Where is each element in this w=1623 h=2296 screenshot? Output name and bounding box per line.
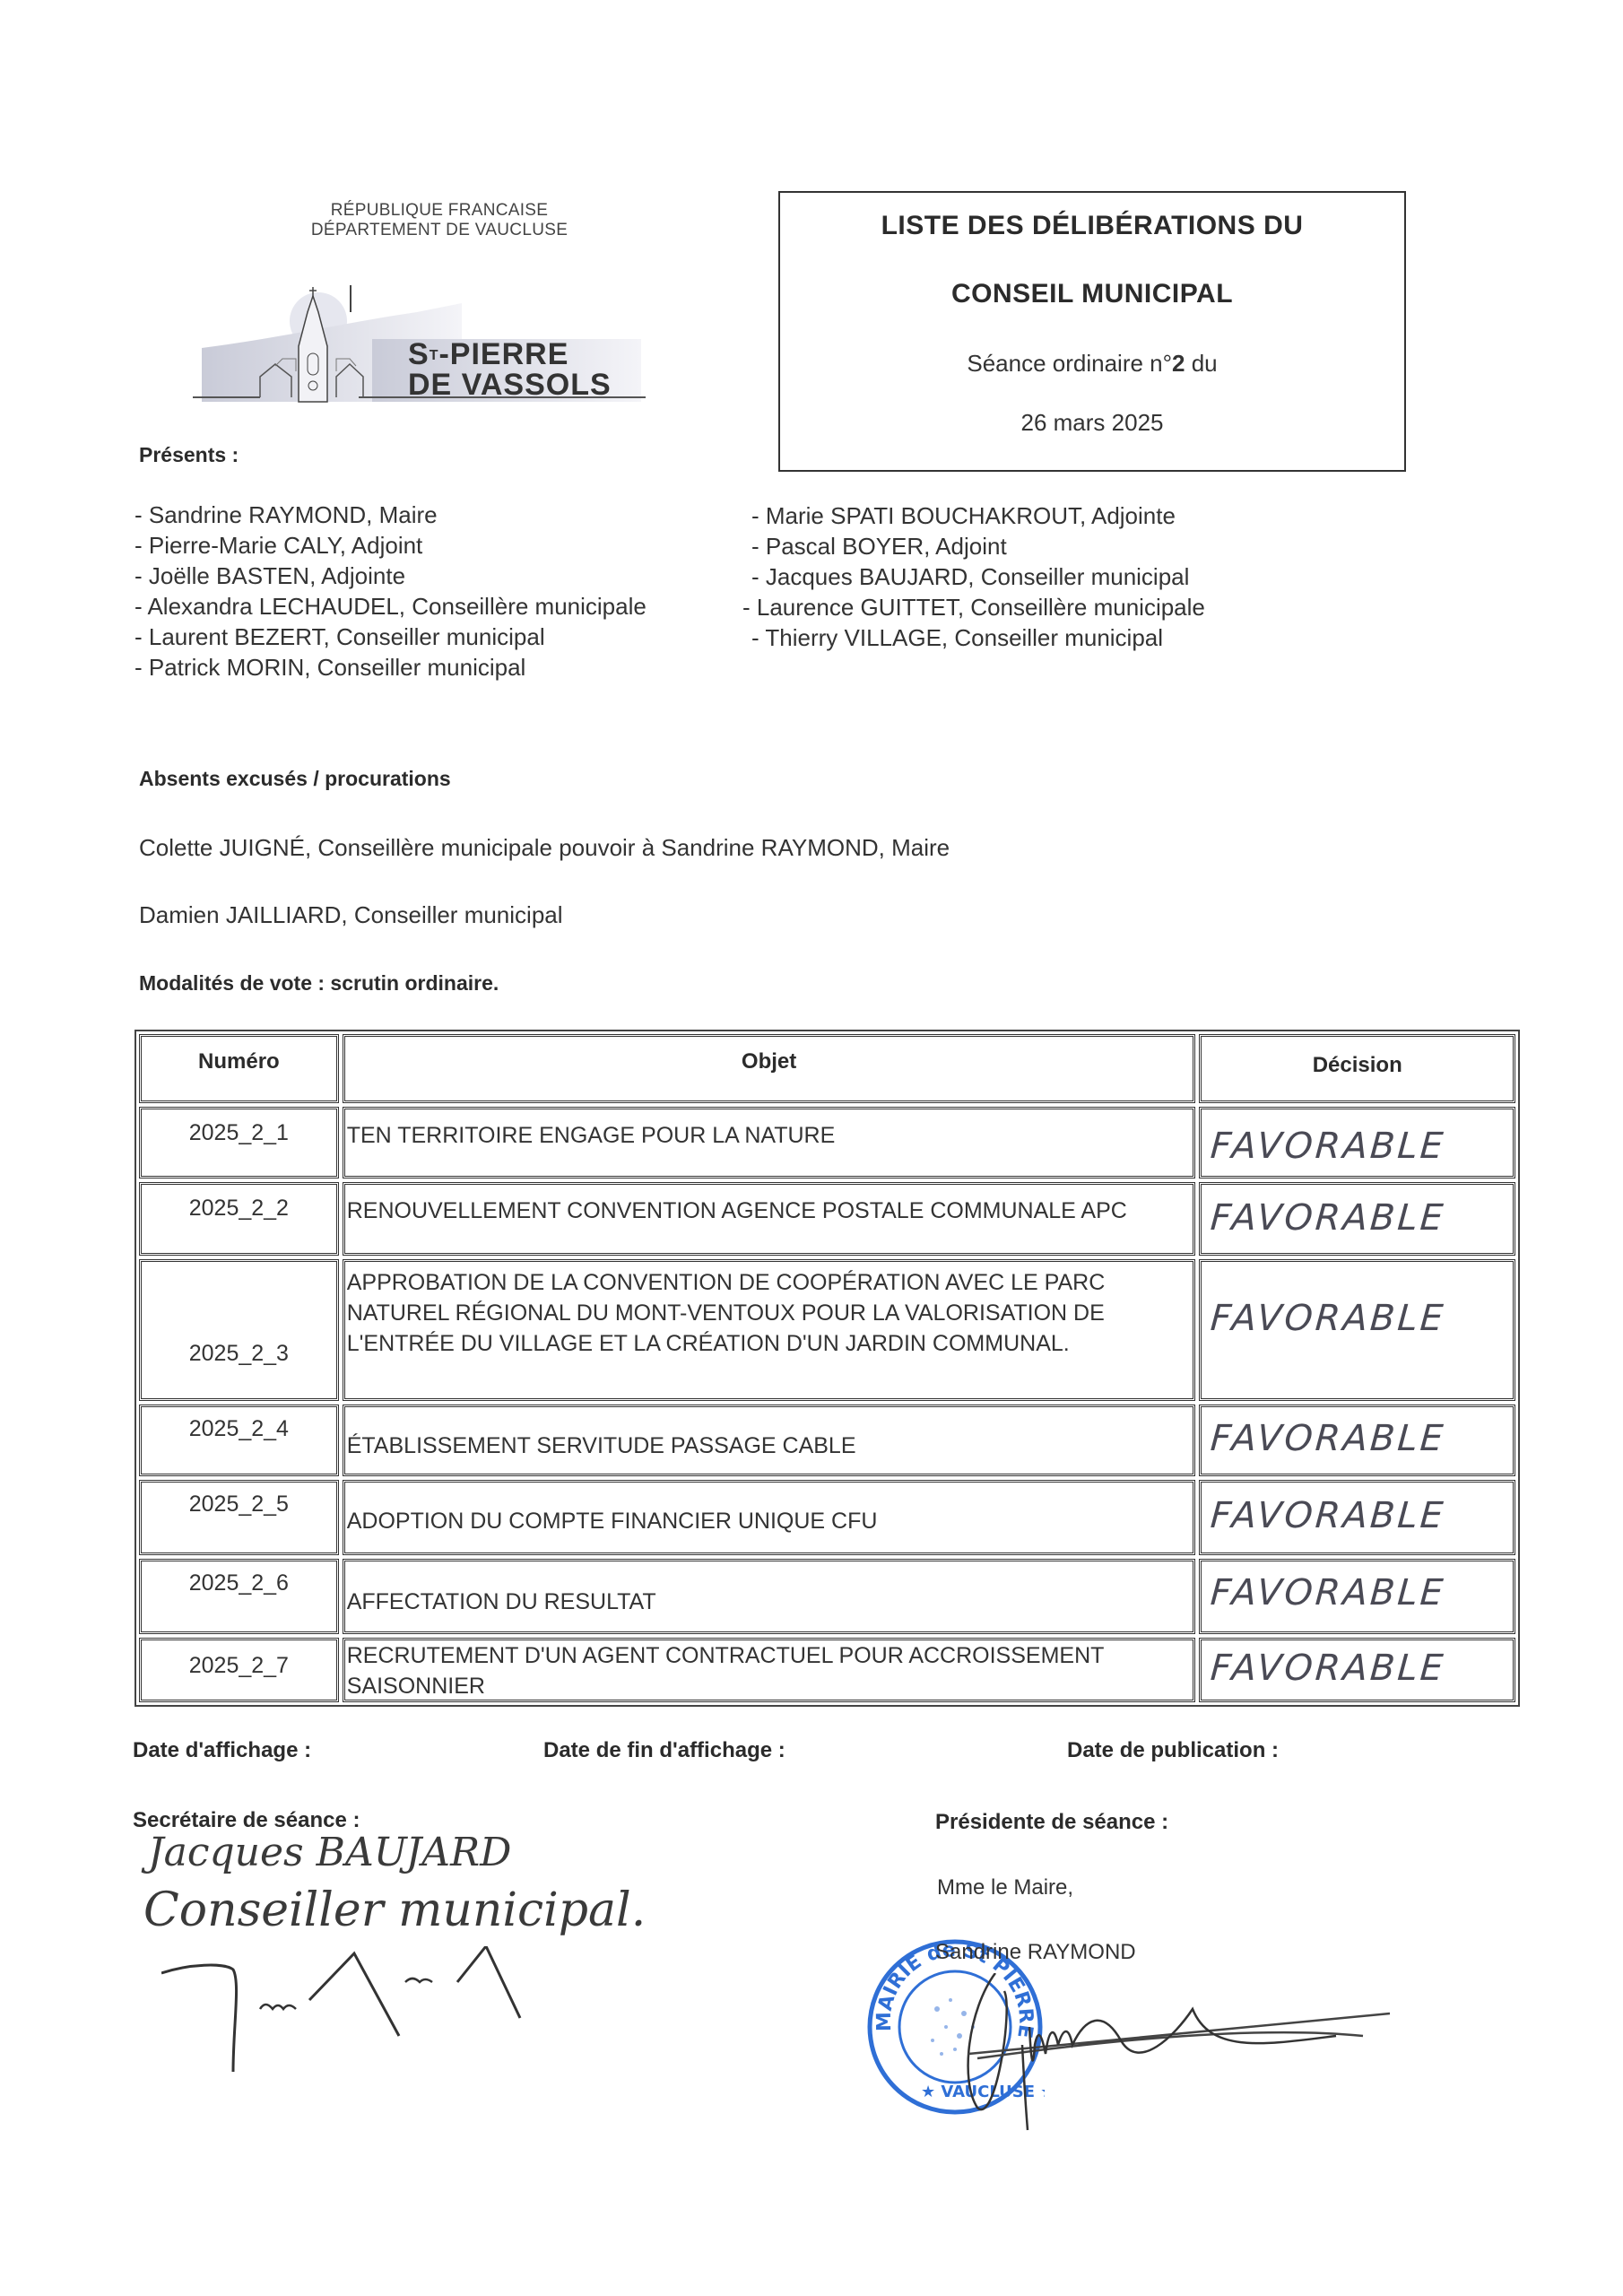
header-objet: Objet — [343, 1034, 1196, 1103]
date-affichage-label: Date d'affichage : — [133, 1738, 311, 1763]
title-line2: CONSEIL MUNICIPAL — [780, 279, 1404, 309]
presidente-title: Mme le Maire, — [937, 1875, 1073, 1900]
table-row: 2025_2_5 ADOPTION DU COMPTE FINANCIER UN… — [139, 1480, 1515, 1555]
present-member: - Laurence GUITTET, Conseillère municipa… — [742, 592, 1205, 622]
present-member: - Patrick MORIN, Conseiller municipal — [135, 652, 647, 683]
present-member: - Thierry VILLAGE, Conseiller municipal — [751, 622, 1205, 653]
cell-decision: FAVORABLE — [1199, 1107, 1515, 1178]
cell-numero: 2025_2_1 — [139, 1107, 339, 1178]
numero-value: 2025_2_3 — [142, 1341, 336, 1367]
republic-header: RÉPUBLIQUE FRANCAISE DÉPARTEMENT DE VAUC… — [269, 201, 610, 240]
cell-objet: TEN TERRITOIRE ENGAGE POUR LA NATURE — [343, 1107, 1196, 1178]
objet-value: RENOUVELLEMENT CONVENTION AGENCE POSTALE… — [347, 1196, 1186, 1226]
title-line1: LISTE DES DÉLIBÉRATIONS DU — [780, 211, 1404, 241]
objet-value: TEN TERRITOIRE ENGAGE POUR LA NATURE — [347, 1120, 1186, 1151]
secretaire-handwritten-role: Conseiller municipal. — [143, 1883, 646, 1937]
table-row: 2025_2_7 RECRUTEMENT D'UN AGENT CONTRACT… — [139, 1638, 1515, 1702]
objet-value: ÉTABLISSEMENT SERVITUDE PASSAGE CABLE — [347, 1431, 1186, 1461]
present-member: - Pascal BOYER, Adjoint — [751, 531, 1205, 561]
logo-line1-sup: T — [430, 348, 439, 363]
presidente-label: Présidente de séance : — [935, 1810, 1168, 1835]
cell-decision: FAVORABLE — [1199, 1559, 1515, 1634]
cell-objet: AFFECTATION DU RESULTAT — [343, 1559, 1196, 1634]
header-objet-label: Objet — [345, 1049, 1193, 1074]
table-row: 2025_2_6 AFFECTATION DU RESULTAT FAVORAB… — [139, 1559, 1515, 1634]
date-fin-affichage-label: Date de fin d'affichage : — [543, 1738, 785, 1763]
presidente-name: Sandrine RAYMOND — [935, 1940, 1136, 1965]
cell-numero: 2025_2_7 — [139, 1638, 339, 1702]
header-numero-label: Numéro — [142, 1049, 336, 1074]
objet-value: ADOPTION DU COMPTE FINANCIER UNIQUE CFU — [347, 1506, 1186, 1536]
numero-value: 2025_2_6 — [142, 1570, 336, 1596]
cell-decision: FAVORABLE — [1199, 1638, 1515, 1702]
cell-decision: FAVORABLE — [1199, 1259, 1515, 1401]
cell-numero: 2025_2_6 — [139, 1559, 339, 1634]
cell-objet: RECRUTEMENT D'UN AGENT CONTRACTUEL POUR … — [343, 1638, 1196, 1702]
header-numero: Numéro — [139, 1034, 339, 1103]
cell-decision: FAVORABLE — [1199, 1405, 1515, 1476]
cell-objet: RENOUVELLEMENT CONVENTION AGENCE POSTALE… — [343, 1182, 1196, 1256]
secretaire-handwritten-name: Jacques BAUJARD — [148, 1830, 511, 1875]
absent-item: Damien JAILLIARD, Conseiller municipal — [139, 901, 563, 929]
objet-value: RECRUTEMENT D'UN AGENT CONTRACTUEL POUR … — [347, 1640, 1186, 1701]
date-publication-label: Date de publication : — [1067, 1738, 1279, 1763]
table-row: 2025_2_3 APPROBATION DE LA CONVENTION DE… — [139, 1259, 1515, 1401]
decision-value: FAVORABLE — [1210, 1418, 1447, 1459]
cell-numero: 2025_2_5 — [139, 1480, 339, 1555]
absent-item: Colette JUIGNÉ, Conseillère municipale p… — [139, 834, 950, 862]
header-decision-label: Décision — [1202, 1053, 1513, 1078]
municipality-logo: ST-PIERRE DE VASSOLS — [193, 285, 646, 404]
title-box: LISTE DES DÉLIBÉRATIONS DU CONSEIL MUNIC… — [778, 191, 1406, 472]
cell-objet: ADOPTION DU COMPTE FINANCIER UNIQUE CFU — [343, 1480, 1196, 1555]
numero-value: 2025_2_1 — [142, 1120, 336, 1146]
objet-value: APPROBATION DE LA CONVENTION DE COOPÉRAT… — [347, 1267, 1186, 1359]
department-label: DÉPARTEMENT DE VAUCLUSE — [269, 221, 610, 240]
logo-line1-prefix: S — [408, 337, 430, 371]
numero-value: 2025_2_2 — [142, 1196, 336, 1222]
present-member: - Alexandra LECHAUDEL, Conseillère munic… — [135, 591, 647, 622]
decision-value: FAVORABLE — [1210, 1126, 1447, 1167]
table-header-row: Numéro Objet Décision — [139, 1034, 1515, 1103]
session-label: Séance ordinaire n°2 du — [780, 350, 1404, 378]
numero-value: 2025_2_7 — [142, 1653, 336, 1679]
session-prefix: Séance ordinaire n° — [967, 350, 1172, 377]
decision-value: FAVORABLE — [1210, 1572, 1447, 1613]
table-row: 2025_2_4 ÉTABLISSEMENT SERVITUDE PASSAGE… — [139, 1405, 1515, 1476]
logo-text: ST-PIERRE DE VASSOLS — [408, 339, 612, 400]
decision-value: FAVORABLE — [1210, 1298, 1447, 1339]
present-member: - Laurent BEZERT, Conseiller municipal — [135, 622, 647, 652]
present-member: - Marie SPATI BOUCHAKROUT, Adjointe — [751, 500, 1205, 531]
republic-label: RÉPUBLIQUE FRANCAISE — [269, 201, 610, 221]
objet-value: AFFECTATION DU RESULTAT — [347, 1587, 1186, 1617]
decision-value: FAVORABLE — [1210, 1495, 1447, 1536]
logo-line1-rest: -PIERRE — [438, 337, 568, 371]
session-suffix: du — [1185, 350, 1217, 377]
absent-heading: Absents excusés / procurations — [139, 767, 451, 791]
present-member: - Joëlle BASTEN, Adjointe — [135, 561, 647, 591]
cell-numero: 2025_2_3 — [139, 1259, 339, 1401]
header-decision: Décision — [1199, 1034, 1515, 1103]
vote-mode: Modalités de vote : scrutin ordinaire. — [139, 971, 499, 996]
numero-value: 2025_2_4 — [142, 1416, 336, 1442]
secretaire-signature-icon — [161, 1946, 592, 2072]
table-row: 2025_2_2 RENOUVELLEMENT CONVENTION AGENC… — [139, 1182, 1515, 1256]
present-member: - Sandrine RAYMOND, Maire — [135, 500, 647, 530]
session-date: 26 mars 2025 — [780, 409, 1404, 437]
decision-value: FAVORABLE — [1210, 1648, 1447, 1689]
table-row: 2025_2_1 TEN TERRITOIRE ENGAGE POUR LA N… — [139, 1107, 1515, 1178]
cell-objet: ÉTABLISSEMENT SERVITUDE PASSAGE CABLE — [343, 1405, 1196, 1476]
cell-objet: APPROBATION DE LA CONVENTION DE COOPÉRAT… — [343, 1259, 1196, 1401]
numero-value: 2025_2_5 — [142, 1492, 336, 1518]
cell-numero: 2025_2_2 — [139, 1182, 339, 1256]
presidente-signature-icon — [959, 1973, 1408, 2135]
present-heading: Présents : — [139, 443, 239, 467]
deliberations-table: Numéro Objet Décision 2025_2_1 TEN TERRI… — [135, 1030, 1520, 1707]
session-number: 2 — [1172, 350, 1185, 377]
decision-value: FAVORABLE — [1210, 1197, 1447, 1239]
present-list-left: - Sandrine RAYMOND, Maire - Pierre-Marie… — [135, 500, 647, 683]
cell-numero: 2025_2_4 — [139, 1405, 339, 1476]
present-member: - Pierre-Marie CALY, Adjoint — [135, 530, 647, 561]
logo-line2: DE VASSOLS — [408, 370, 612, 400]
cell-decision: FAVORABLE — [1199, 1182, 1515, 1256]
present-list-right: - Marie SPATI BOUCHAKROUT, Adjointe - Pa… — [751, 500, 1205, 653]
present-member: - Jacques BAUJARD, Conseiller municipal — [751, 561, 1205, 592]
cell-decision: FAVORABLE — [1199, 1480, 1515, 1555]
